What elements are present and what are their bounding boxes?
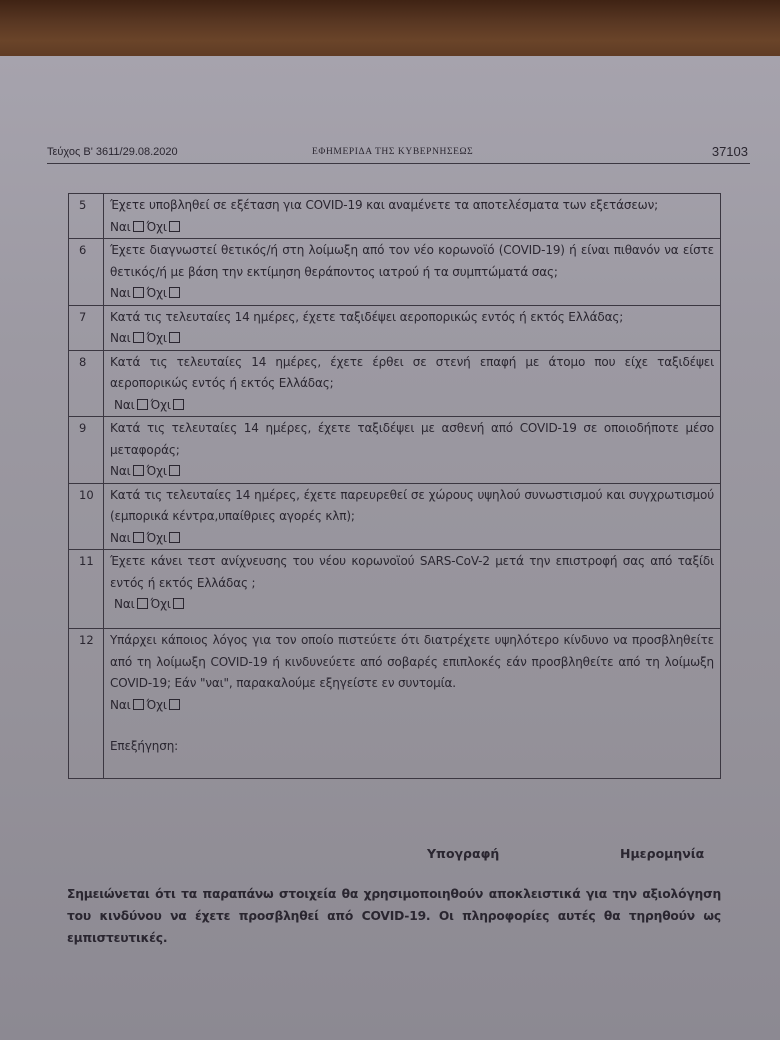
page-number: 37103 (712, 144, 748, 159)
yes-no-options: ΝαιΌχι (110, 328, 714, 350)
yes-checkbox[interactable] (133, 287, 144, 298)
yes-label: Ναι (114, 597, 135, 611)
question-number: 10 (69, 483, 104, 550)
question-cell: Κατά τις τελευταίες 14 ημέρες, έχετε ταξ… (104, 417, 721, 484)
no-label: Όχι (147, 331, 167, 345)
issue-reference: Τεύχος Β' 3611/29.08.2020 (47, 146, 178, 158)
no-label: Όχι (147, 220, 167, 234)
question-row: 12Υπάρχει κάποιος λόγος για τον οποίο πι… (69, 629, 721, 779)
yes-checkbox[interactable] (133, 699, 144, 710)
gazette-title: ΕΦΗΜΕΡΙΔΑ ΤΗΣ ΚΥΒΕΡΝΗΣΕΩΣ (312, 147, 473, 157)
question-text: Κατά τις τελευταίες 14 ημέρες, έχετε έρθ… (110, 355, 714, 391)
explanation-field[interactable]: Επεξήγηση: (110, 736, 714, 758)
no-label: Όχι (147, 464, 167, 478)
yes-checkbox[interactable] (133, 465, 144, 476)
question-cell: Έχετε διαγνωστεί θετικός/ή στη λοίμωξη α… (104, 239, 721, 306)
no-label: Όχι (147, 531, 167, 545)
question-text: Έχετε υποβληθεί σε εξέταση για COVID-19 … (110, 198, 658, 212)
question-row: 7Κατά τις τελευταίες 14 ημέρες, έχετε τα… (69, 305, 721, 350)
question-number: 6 (69, 239, 104, 306)
question-number: 8 (69, 350, 104, 417)
question-number: 11 (69, 550, 104, 629)
question-row: 10Κατά τις τελευταίες 14 ημέρες, έχετε π… (69, 483, 721, 550)
yes-label: Ναι (110, 698, 131, 712)
no-label: Όχι (151, 597, 171, 611)
yes-label: Ναι (110, 331, 131, 345)
no-checkbox[interactable] (169, 532, 180, 543)
wooden-table-background (0, 0, 780, 58)
signature-label: Υπογραφή (427, 846, 499, 861)
question-number: 7 (69, 305, 104, 350)
question-text: Έχετε διαγνωστεί θετικός/ή στη λοίμωξη α… (110, 243, 714, 279)
no-checkbox[interactable] (169, 699, 180, 710)
question-text: Κατά τις τελευταίες 14 ημέρες, έχετε ταξ… (110, 421, 714, 457)
yes-checkbox[interactable] (137, 598, 148, 609)
yes-no-options: ΝαιΌχι (110, 461, 714, 483)
yes-no-options: ΝαιΌχι (110, 594, 714, 616)
question-cell: Έχετε υποβληθεί σε εξέταση για COVID-19 … (104, 194, 721, 239)
question-row: 6Έχετε διαγνωστεί θετικός/ή στη λοίμωξη … (69, 239, 721, 306)
question-cell: Κατά τις τελευταίες 14 ημέρες, έχετε έρθ… (104, 350, 721, 417)
yes-checkbox[interactable] (133, 332, 144, 343)
yes-label: Ναι (110, 531, 131, 545)
question-text: Έχετε κάνει τεστ ανίχνευσης του νέου κορ… (110, 554, 714, 590)
no-checkbox[interactable] (169, 465, 180, 476)
yes-checkbox[interactable] (133, 221, 144, 232)
question-number: 9 (69, 417, 104, 484)
yes-no-options: ΝαιΌχι (110, 695, 714, 717)
question-number: 5 (69, 194, 104, 239)
question-row: 5Έχετε υποβληθεί σε εξέταση για COVID-19… (69, 194, 721, 239)
gazette-header: Τεύχος Β' 3611/29.08.2020 ΕΦΗΜΕΡΙΔΑ ΤΗΣ … (47, 141, 750, 164)
yes-label: Ναι (110, 220, 131, 234)
question-cell: Κατά τις τελευταίες 14 ημέρες, έχετε ταξ… (104, 305, 721, 350)
yes-checkbox[interactable] (133, 532, 144, 543)
question-row: 8Κατά τις τελευταίες 14 ημέρες, έχετε έρ… (69, 350, 721, 417)
yes-checkbox[interactable] (137, 399, 148, 410)
yes-no-options: ΝαιΌχι (110, 395, 714, 417)
yes-no-options: ΝαιΌχι (110, 283, 714, 305)
no-checkbox[interactable] (173, 399, 184, 410)
yes-label: Ναι (114, 398, 135, 412)
explanation-label: Επεξήγηση: (110, 739, 178, 753)
no-checkbox[interactable] (169, 287, 180, 298)
questionnaire-table: 5Έχετε υποβληθεί σε εξέταση για COVID-19… (68, 193, 721, 779)
question-text: Υπάρχει κάποιος λόγος για τον οποίο πιστ… (110, 633, 714, 690)
no-label: Όχι (151, 398, 171, 412)
question-cell: Υπάρχει κάποιος λόγος για τον οποίο πιστ… (104, 629, 721, 779)
no-label: Όχι (147, 286, 167, 300)
question-cell: Κατά τις τελευταίες 14 ημέρες, έχετε παρ… (104, 483, 721, 550)
question-cell: Έχετε κάνει τεστ ανίχνευσης του νέου κορ… (104, 550, 721, 629)
question-text: Κατά τις τελευταίες 14 ημέρες, έχετε ταξ… (110, 310, 623, 324)
yes-no-options: ΝαιΌχι (110, 528, 714, 550)
no-checkbox[interactable] (169, 221, 180, 232)
question-number: 12 (69, 629, 104, 779)
date-label: Ημερομηνία (620, 846, 704, 861)
yes-no-options: ΝαιΌχι (110, 217, 714, 239)
yes-label: Ναι (110, 286, 131, 300)
question-row: 9Κατά τις τελευταίες 14 ημέρες, έχετε τα… (69, 417, 721, 484)
question-row: 11Έχετε κάνει τεστ ανίχνευσης του νέου κ… (69, 550, 721, 629)
no-label: Όχι (147, 698, 167, 712)
no-checkbox[interactable] (173, 598, 184, 609)
yes-label: Ναι (110, 464, 131, 478)
confidentiality-note: Σημειώνεται ότι τα παραπάνω στοιχεία θα … (67, 883, 721, 949)
question-text: Κατά τις τελευταίες 14 ημέρες, έχετε παρ… (110, 488, 714, 524)
no-checkbox[interactable] (169, 332, 180, 343)
